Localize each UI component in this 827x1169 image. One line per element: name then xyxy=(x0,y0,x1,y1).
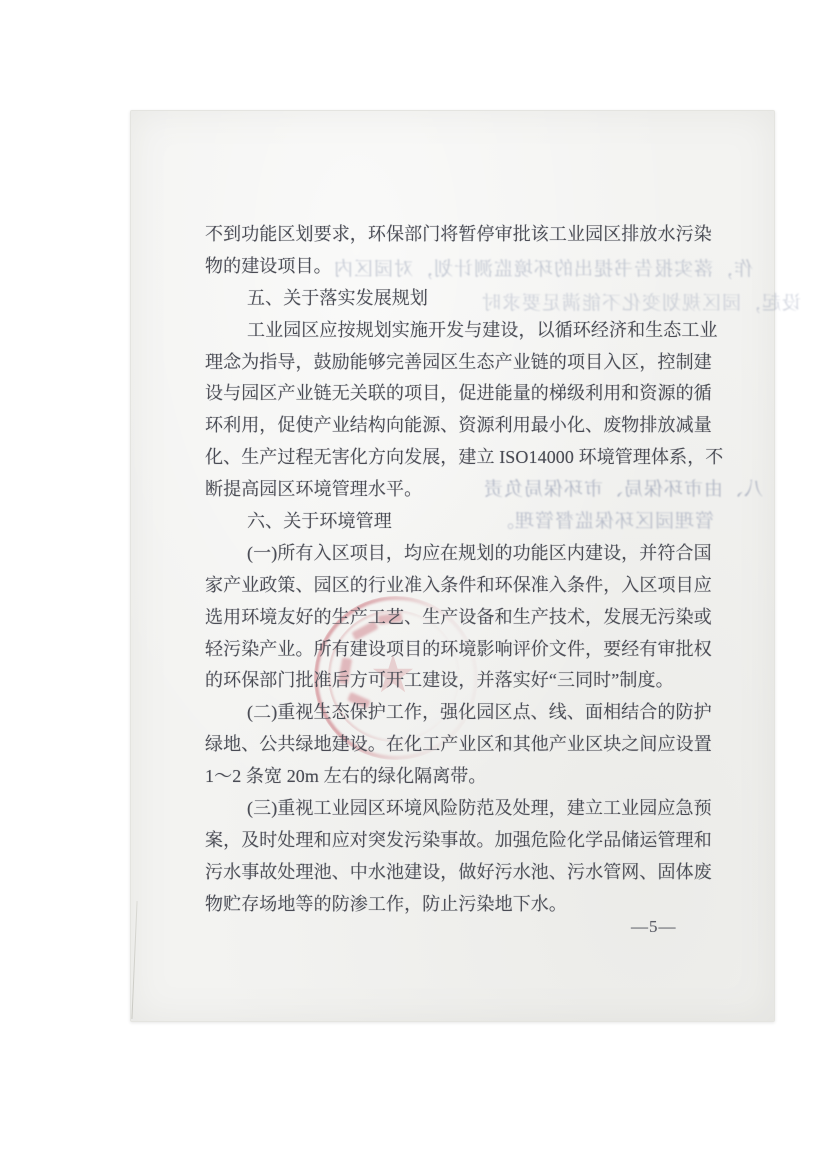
page-number: —5— xyxy=(631,917,701,937)
scan-canvas: 作，落实报告书提出的环境监测计划，对园区内 设起，园区规划变化不能满足要求时 八… xyxy=(0,0,827,1169)
scanned-page: 作，落实报告书提出的环境监测计划，对园区内 设起，园区规划变化不能满足要求时 八… xyxy=(130,110,775,1022)
text-line: 不到功能区划要求，环保部门将暂停审批该工业园区排放水污染 xyxy=(205,221,735,253)
text-line: 工业园区应按规划实施开发与建设，以循环经济和生态工业 xyxy=(205,317,735,349)
text-line: 家产业政策、园区的行业准入条件和环保准入条件，入区项目应 xyxy=(205,572,735,604)
text-line: 物的建设项目。 xyxy=(205,253,735,285)
text-line: 案，及时处理和应对突发污染事故。加强危险化学品储运管理和 xyxy=(205,827,735,859)
text-line: 断提高园区环境管理水平。 xyxy=(205,476,735,508)
text-line: 选用环境友好的生产工艺、生产设备和生产技术，发展无污染或 xyxy=(205,604,735,636)
text-line: 1～2 条宽 20m 左右的绿化隔离带。 xyxy=(205,763,735,795)
text-line: 绿地、公共绿地建设。在化工产业区和其他产业区块之间应设置 xyxy=(205,731,735,763)
text-line: 化、生产过程无害化方向发展，建立 ISO14000 环境管理体系，不 xyxy=(205,444,735,476)
document-body: 不到功能区划要求，环保部门将暂停审批该工业园区排放水污染 物的建设项目。 五、关… xyxy=(205,221,735,923)
text-line: 理念为指导，鼓励能够完善园区生态产业链的项目入区，控制建 xyxy=(205,349,735,381)
text-line: 轻污染产业。所有建设项目的环境影响评价文件，要经有审批权 xyxy=(205,636,735,668)
section-heading: 五、关于落实发展规划 xyxy=(205,285,735,317)
text-line: 设与园区产业链无关联的项目，促进能量的梯级利用和资源的循 xyxy=(205,380,735,412)
text-line: (一)所有入区项目，均应在规划的功能区内建设，并符合国 xyxy=(205,540,735,572)
text-line: 污水事故处理池、中水池建设，做好污水池、污水管网、固体废 xyxy=(205,859,735,891)
page-crease-line xyxy=(131,901,137,1019)
text-line: (二)重视生态保护工作，强化园区点、线、面相结合的防护 xyxy=(205,699,735,731)
text-line: (三)重视工业园区环境风险防范及处理，建立工业园应急预 xyxy=(205,795,735,827)
section-heading: 六、关于环境管理 xyxy=(205,508,735,540)
text-line: 环利用，促使产业结构向能源、资源利用最小化、废物排放减量 xyxy=(205,412,735,444)
text-line: 的环保部门批准后方可开工建设，并落实好“三同时”制度。 xyxy=(205,667,735,699)
